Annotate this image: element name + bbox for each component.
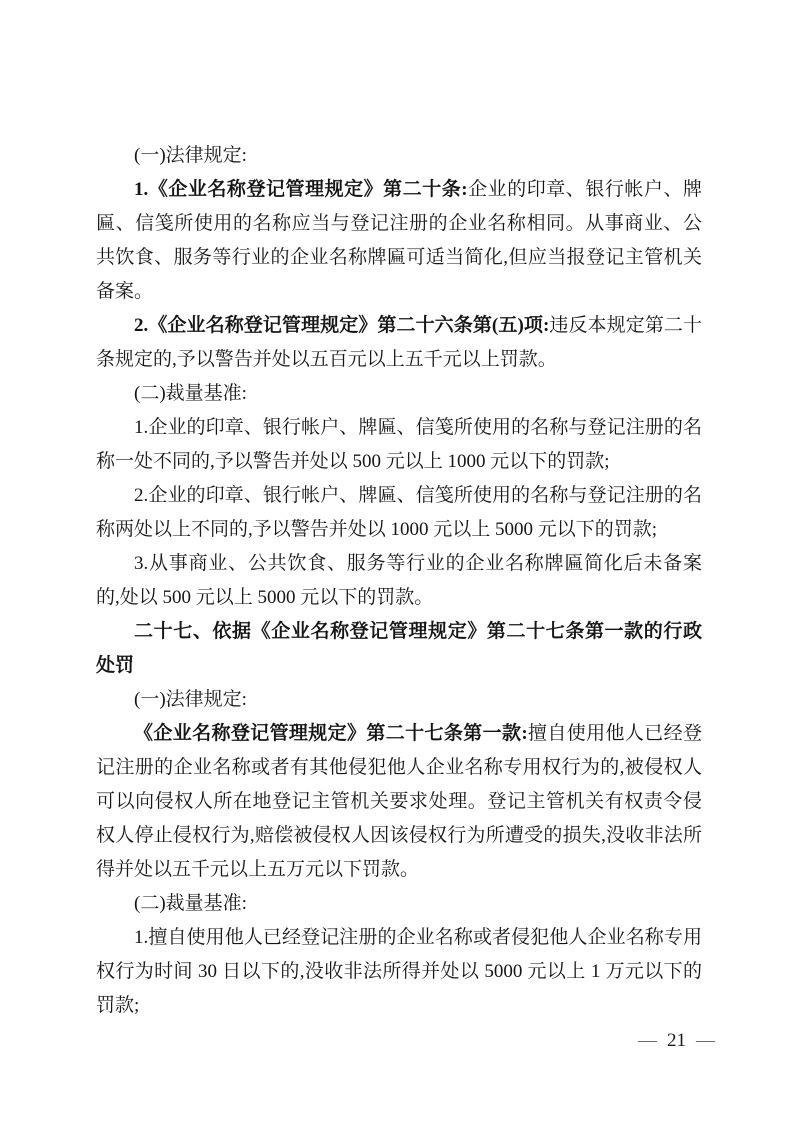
body-text: (二)裁量基准: xyxy=(134,383,247,404)
body-text: (一)法律规定: xyxy=(134,689,247,710)
body-text: (一)法律规定: xyxy=(134,145,247,166)
paragraph: (一)法律规定: xyxy=(96,683,702,717)
paragraph: 3.从事商业、公共饮食、服务等行业的企业名称牌匾简化后未备案的,处以 500 元… xyxy=(96,547,702,615)
paragraph: 2.《企业名称登记管理规定》第二十六条第(五)项:违反本规定第二十条规定的,予以… xyxy=(96,309,702,377)
document-body: (一)法律规定:1.《企业名称登记管理规定》第二十条:企业的印章、银行帐户、牌匾… xyxy=(96,139,702,1023)
paragraph: (一)法律规定: xyxy=(96,139,702,173)
body-text: 3.从事商业、公共饮食、服务等行业的企业名称牌匾简化后未备案的,处以 500 元… xyxy=(96,553,702,608)
bold-lead-text: 2.《企业名称登记管理规定》第二十六条第(五)项: xyxy=(134,315,549,336)
paragraph: 1.《企业名称登记管理规定》第二十条:企业的印章、银行帐户、牌匾、信笺所使用的名… xyxy=(96,173,702,309)
body-text: (二)裁量基准: xyxy=(134,893,247,914)
body-text: 1.企业的印章、银行帐户、牌匾、信笺所使用的名称与登记注册的名称一处不同的,予以… xyxy=(96,417,702,472)
paragraph: (二)裁量基准: xyxy=(96,377,702,411)
bold-lead-text: 二十七、依据《企业名称登记管理规定》第二十七条第一款的行政处罚 xyxy=(96,621,702,676)
body-text: 1.擅自使用他人已经登记注册的企业名称或者侵犯他人企业名称专用权行为时间 30 … xyxy=(96,927,702,1016)
paragraph: 2.企业的印章、银行帐户、牌匾、信笺所使用的名称与登记注册的名称两处以上不同的,… xyxy=(96,479,702,547)
paragraph: 《企业名称登记管理规定》第二十七条第一款:擅自使用他人已经登记注册的企业名称或者… xyxy=(96,717,702,887)
section-heading: 二十七、依据《企业名称登记管理规定》第二十七条第一款的行政处罚 xyxy=(96,615,702,683)
body-text: 擅自使用他人已经登记注册的企业名称或者有其他侵犯他人企业名称专用权行为的,被侵权… xyxy=(96,723,702,880)
footer-dash-left: — xyxy=(638,1030,657,1051)
paragraph: 1.企业的印章、银行帐户、牌匾、信笺所使用的名称与登记注册的名称一处不同的,予以… xyxy=(96,411,702,479)
document-page: (一)法律规定:1.《企业名称登记管理规定》第二十条:企业的印章、银行帐户、牌匾… xyxy=(0,0,793,1122)
page-number: 21 xyxy=(667,1030,686,1051)
footer-dash-right: — xyxy=(696,1030,715,1051)
body-text: 2.企业的印章、银行帐户、牌匾、信笺所使用的名称与登记注册的名称两处以上不同的,… xyxy=(96,485,702,540)
page-footer: —21— xyxy=(638,1026,715,1056)
paragraph: (二)裁量基准: xyxy=(96,887,702,921)
bold-lead-text: 1.《企业名称登记管理规定》第二十条: xyxy=(134,179,468,200)
bold-lead-text: 《企业名称登记管理规定》第二十七条第一款: xyxy=(134,723,528,744)
paragraph: 1.擅自使用他人已经登记注册的企业名称或者侵犯他人企业名称专用权行为时间 30 … xyxy=(96,921,702,1023)
